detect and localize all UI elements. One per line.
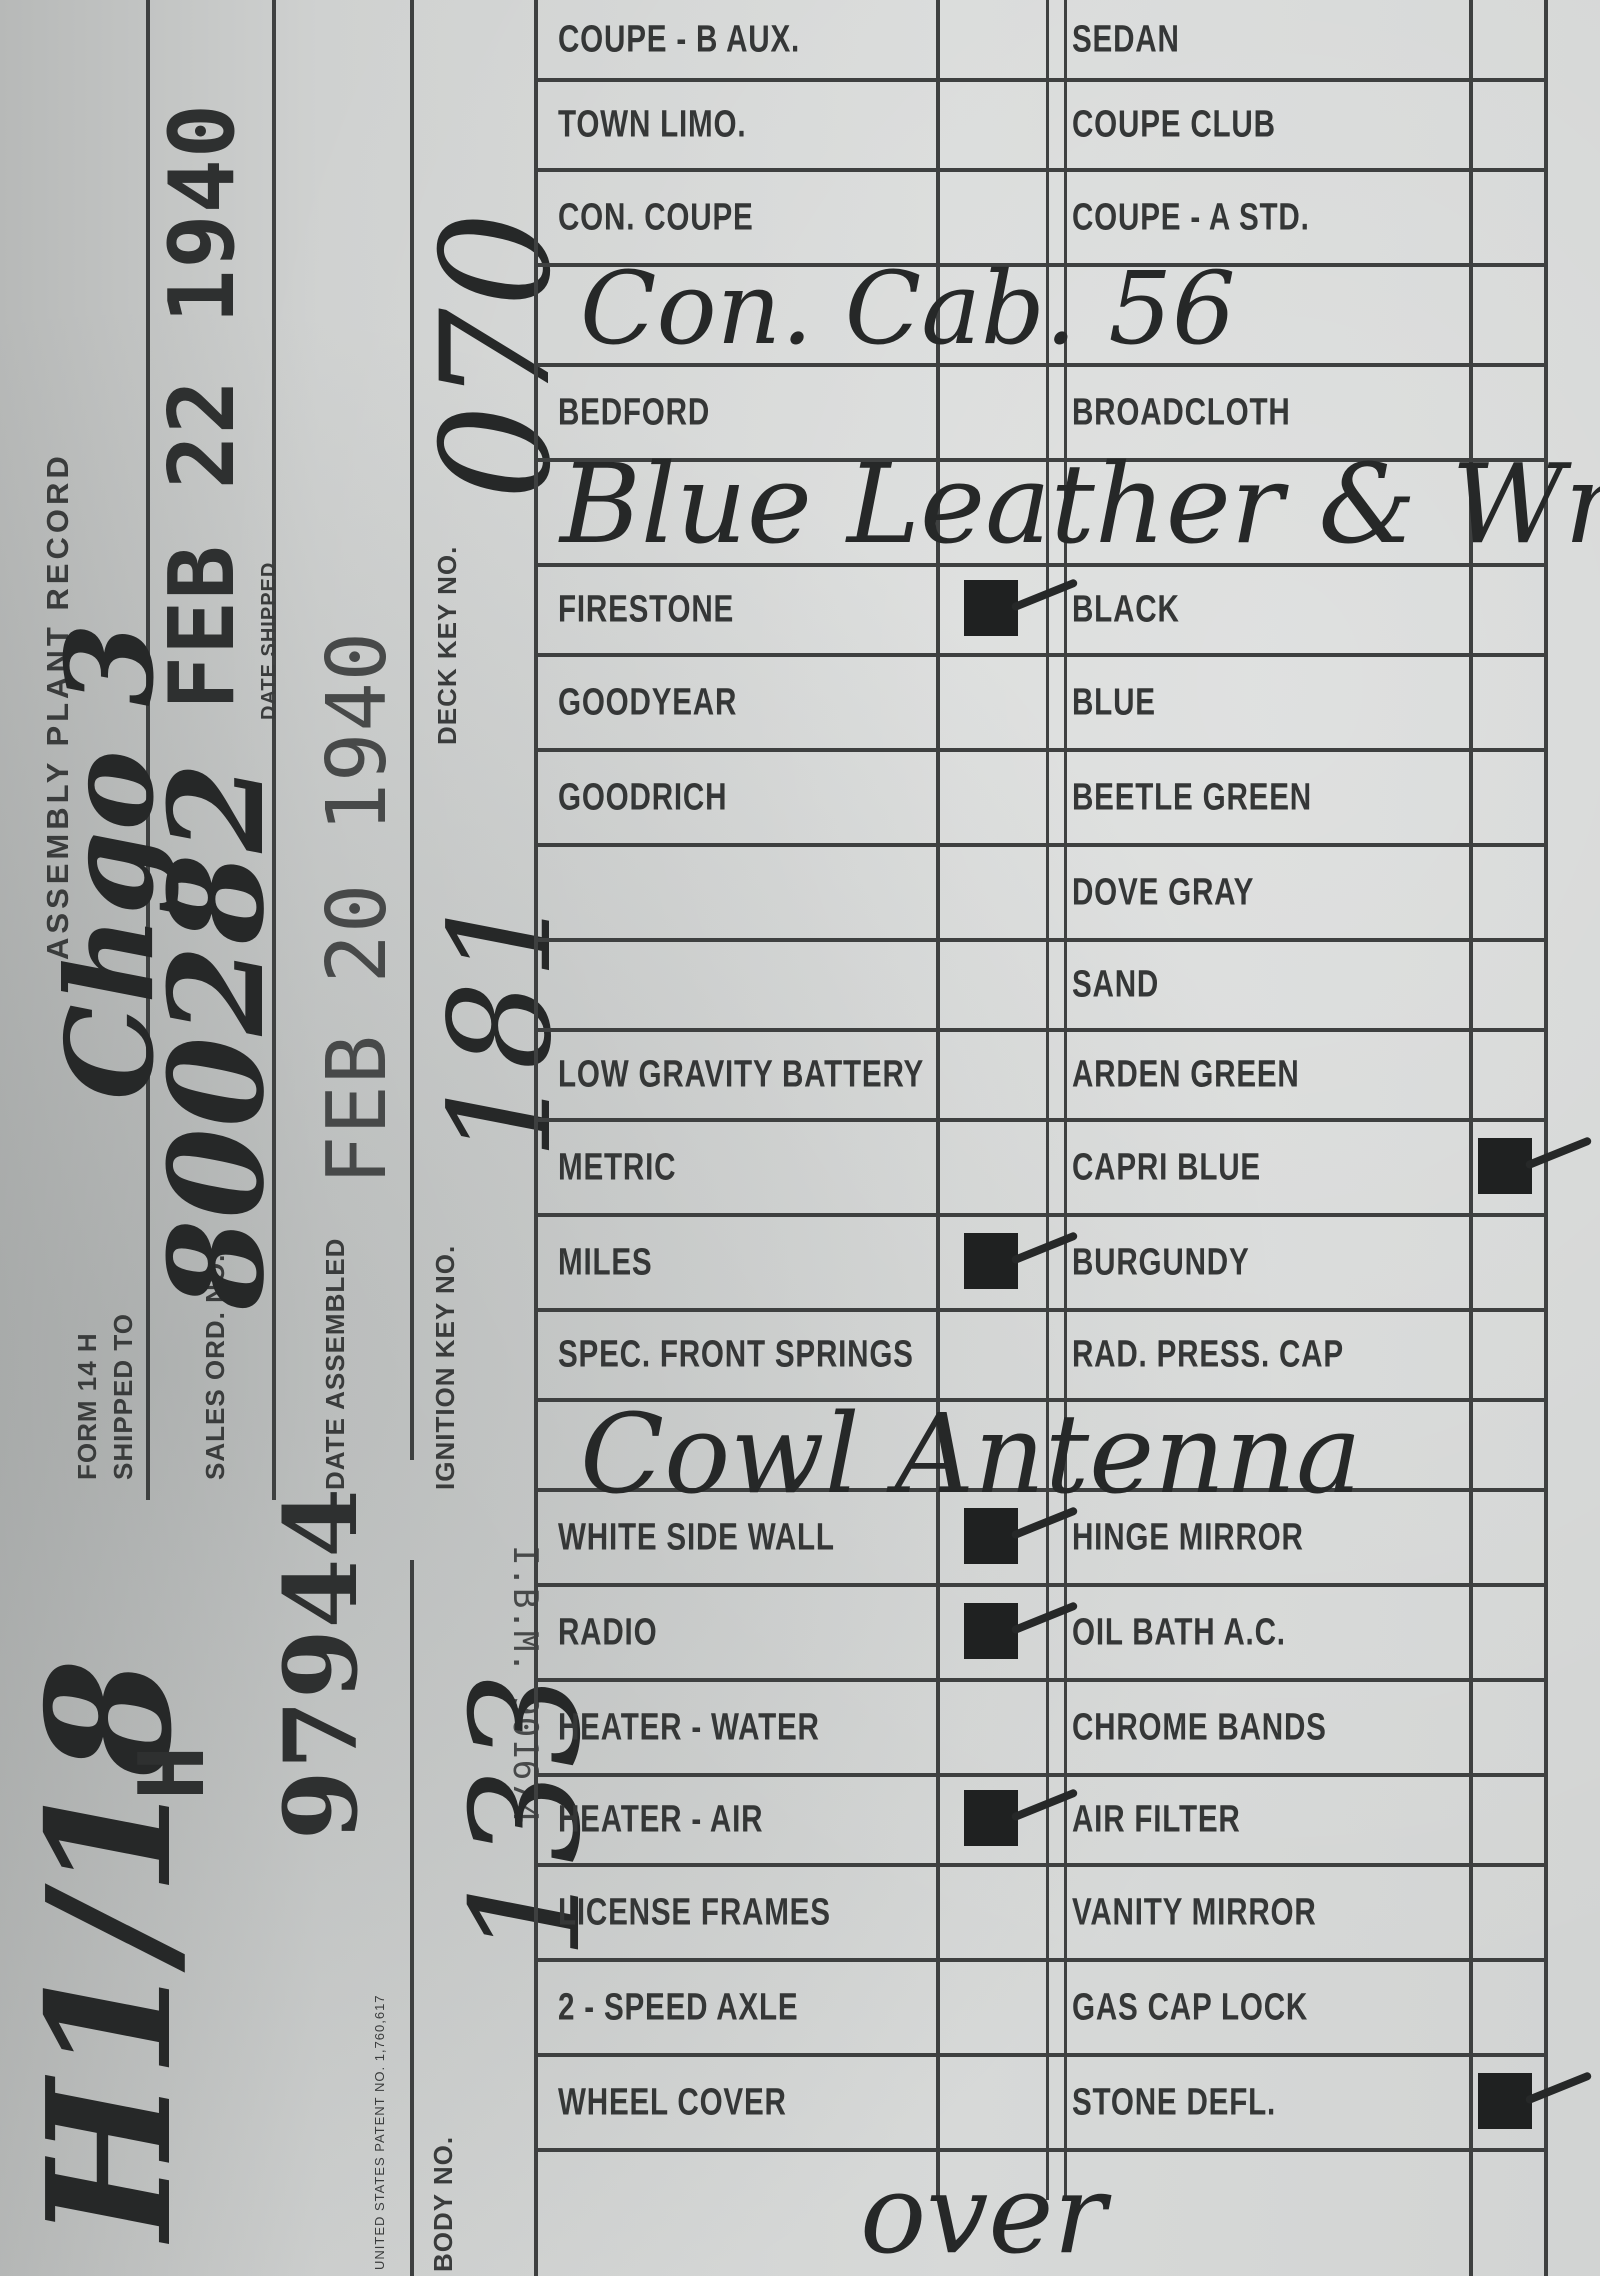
option-label-right: BROADCLOTH xyxy=(1072,391,1291,434)
option-label-right: RAD. PRESS. CAP xyxy=(1072,1334,1344,1377)
row-divider xyxy=(534,2053,1546,2057)
patent-text: UNITED STATES PATENT NO. 1,760,617 xyxy=(372,1994,387,2270)
option-row: HEATER - WATERCHROME BANDS xyxy=(534,1680,1546,1775)
row-divider xyxy=(534,1028,1546,1032)
check-tick-stroke xyxy=(1525,2071,1593,2105)
trim-note: Blue Leather & Wn xyxy=(560,440,1600,568)
option-row: GOODYEARBLUE xyxy=(534,655,1546,750)
ignition-key-label: IGNITION KEY NO. xyxy=(430,1245,461,1490)
row-divider xyxy=(534,1863,1546,1867)
check-tick-stroke xyxy=(1011,1788,1079,1822)
option-row: MILESBURGUNDY xyxy=(534,1215,1546,1310)
option-label-left: HEATER - AIR xyxy=(558,1799,763,1842)
option-label-left: LICENSE FRAMES xyxy=(558,1891,831,1934)
option-row: LOW GRAVITY BATTERYARDEN GREEN xyxy=(534,1030,1546,1120)
date-assembled-stamp: FEB 20 1940 xyxy=(310,631,405,1185)
check-tick-stroke xyxy=(1525,1136,1593,1170)
series-letter: H xyxy=(120,1745,225,1800)
date-assembled-label: DATE ASSEMBLED xyxy=(320,1238,351,1490)
option-label-left: METRIC xyxy=(558,1146,676,1189)
option-row: WHEEL COVERSTONE DEFL. xyxy=(534,2055,1546,2150)
sales-order-handwritten: 800282 xyxy=(140,761,293,1310)
option-row: FIRESTONEBLACK xyxy=(534,565,1546,655)
option-label-right: HINGE MIRROR xyxy=(1072,1516,1304,1559)
option-row: LICENSE FRAMESVANITY MIRROR xyxy=(534,1865,1546,1960)
form-number: FORM 14 H xyxy=(72,1332,103,1480)
deck-key-label: DECK KEY NO. xyxy=(432,546,463,745)
option-label-left: FIRESTONE xyxy=(558,589,734,632)
row-divider xyxy=(534,168,1546,172)
row-divider xyxy=(534,1678,1546,1682)
row-divider xyxy=(534,1118,1546,1122)
record-card: ASSEMBLY PLANT RECORD FORM 14 H SHIPPED … xyxy=(0,0,1600,2276)
row-divider xyxy=(534,1308,1546,1312)
divider xyxy=(410,1560,414,2276)
check-tick-stroke xyxy=(1011,578,1079,612)
accessory-note: Cowl Antenna xyxy=(580,1390,1362,1518)
option-label-left: WHITE SIDE WALL xyxy=(558,1516,835,1559)
option-label-left: GOODRICH xyxy=(558,776,727,819)
option-label-left: GOODYEAR xyxy=(558,681,737,724)
option-row: SPEC. FRONT SPRINGSRAD. PRESS. CAP xyxy=(534,1310,1546,1400)
option-label-left: COUPE - B AUX. xyxy=(558,19,800,62)
row-divider xyxy=(534,653,1546,657)
option-label-left: 2 - SPEED AXLE xyxy=(558,1986,798,2029)
option-label-right: STONE DEFL. xyxy=(1072,2081,1276,2124)
option-label-right: BEETLE GREEN xyxy=(1072,776,1312,819)
footer-note: over xyxy=(860,2150,1106,2276)
option-label-right: OIL BATH A.C. xyxy=(1072,1611,1286,1654)
row-divider xyxy=(534,1213,1546,1217)
row-divider xyxy=(534,938,1546,942)
option-label-left: LOW GRAVITY BATTERY xyxy=(558,1054,924,1097)
check-mark-icon[interactable] xyxy=(964,580,1018,636)
date-shipped-stamp: FEB 22 1940 xyxy=(150,103,255,710)
option-row: RADIOOIL BATH A.C. xyxy=(534,1585,1546,1680)
row-divider xyxy=(534,1773,1546,1777)
body-no-label: BODY NO. xyxy=(428,2136,459,2272)
check-mark-icon[interactable] xyxy=(1478,2073,1532,2129)
option-label-right: COUPE CLUB xyxy=(1072,104,1276,147)
option-label-right: SAND xyxy=(1072,964,1159,1007)
option-label-left: BEDFORD xyxy=(558,391,710,434)
option-label-left: CON. COUPE xyxy=(558,196,754,239)
option-label-left: TOWN LIMO. xyxy=(558,104,746,147)
option-label-right: GAS CAP LOCK xyxy=(1072,1986,1308,2029)
row-divider xyxy=(534,78,1546,82)
check-mark-icon[interactable] xyxy=(964,1790,1018,1846)
check-mark-icon[interactable] xyxy=(964,1603,1018,1659)
option-row: SAND xyxy=(534,940,1546,1030)
option-label-right: ARDEN GREEN xyxy=(1072,1054,1300,1097)
serial-number: 97944 xyxy=(262,1487,380,1840)
row-divider xyxy=(534,1583,1546,1587)
date-shipped-label: DATE SHIPPED xyxy=(258,562,281,720)
option-label-right: AIR FILTER xyxy=(1072,1799,1241,1842)
option-label-right: BLUE xyxy=(1072,681,1156,724)
row-divider xyxy=(534,1958,1546,1962)
option-label-right: COUPE - A STD. xyxy=(1072,196,1310,239)
row-divider xyxy=(534,843,1546,847)
option-label-right: VANITY MIRROR xyxy=(1072,1891,1317,1934)
option-row: DOVE GRAY xyxy=(534,845,1546,940)
option-row: COUPE - B AUX.SEDAN xyxy=(534,0,1546,80)
option-label-left: SPEC. FRONT SPRINGS xyxy=(558,1334,914,1377)
row-divider xyxy=(534,748,1546,752)
option-row: TOWN LIMO.COUPE CLUB xyxy=(534,80,1546,170)
check-mark-icon[interactable] xyxy=(964,1233,1018,1289)
option-label-right: SEDAN xyxy=(1072,19,1180,62)
option-label-left: MILES xyxy=(558,1241,652,1284)
option-label-right: DOVE GRAY xyxy=(1072,871,1254,914)
shipped-to-label: SHIPPED TO xyxy=(108,1313,139,1480)
check-tick-stroke xyxy=(1011,1231,1079,1265)
option-label-left: HEATER - WATER xyxy=(558,1706,820,1749)
option-label-right: CHROME BANDS xyxy=(1072,1706,1327,1749)
check-mark-icon[interactable] xyxy=(1478,1138,1532,1194)
check-tick-stroke xyxy=(1011,1601,1079,1635)
body-style-note: Con. Cab. 56 xyxy=(580,250,1236,367)
option-row: METRICCAPRI BLUE xyxy=(534,1120,1546,1215)
option-label-left: WHEEL COVER xyxy=(558,2081,787,2124)
option-row: GOODRICHBEETLE GREEN xyxy=(534,750,1546,845)
option-label-right: BURGUNDY xyxy=(1072,1241,1249,1284)
option-label-right: BLACK xyxy=(1072,589,1180,632)
option-row: 2 - SPEED AXLEGAS CAP LOCK xyxy=(534,1960,1546,2055)
option-row: HEATER - AIRAIR FILTER xyxy=(534,1775,1546,1865)
option-label-left: RADIO xyxy=(558,1611,657,1654)
option-label-right: CAPRI BLUE xyxy=(1072,1146,1261,1189)
